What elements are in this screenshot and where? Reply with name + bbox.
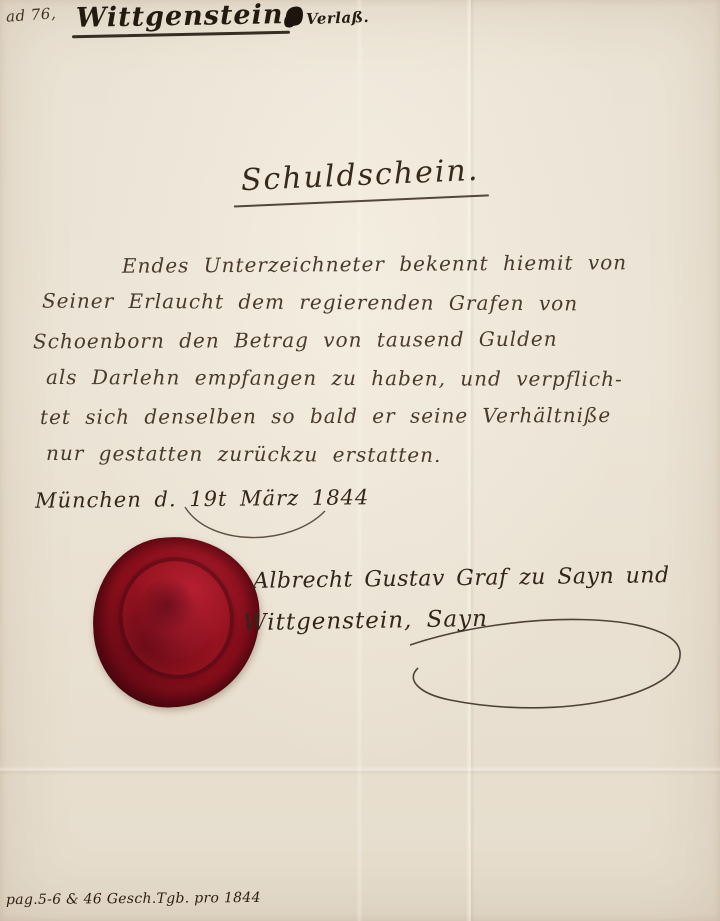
docket-note: Verlaß. [306, 8, 370, 28]
footer-registry-note: pag.5-6 & 46 Gesch.Tgb. pro 1844 [6, 890, 261, 908]
ink-blot [283, 4, 305, 28]
red-wax-seal [89, 533, 265, 712]
body-line-6: nur gestatten zurückzu erstatten. [46, 441, 442, 467]
signature-line-1: Albrecht Gustav Graf zu Sayn und [253, 563, 670, 594]
fold-crease-vertical-right [466, 0, 475, 921]
docket-name: Wittgenstein [76, 0, 284, 34]
document-page: ad 76, Wittgenstein Verlaß. Schuldschein… [0, 0, 720, 921]
document-title: Schuldschein. [232, 152, 488, 207]
body-line-5: tet sich denselben so bald er seine Verh… [40, 403, 611, 429]
document-title-wrap: Schuldschein. [150, 158, 570, 202]
body-line-3: Schoenborn den Betrag von tausend Gulden [33, 327, 558, 354]
archival-number: ad 76, [5, 4, 56, 25]
signature-flourish [380, 600, 710, 740]
body-line-2: Seiner Erlaucht dem regierenden Grafen v… [42, 289, 578, 316]
body-line-1: Endes Unterzeichneter bekennt hiemit von [122, 250, 627, 278]
fold-crease-horizontal [0, 766, 720, 775]
body-line-4: als Darlehn empfangen zu haben, und verp… [46, 365, 623, 391]
dateline-flourish [180, 505, 330, 545]
